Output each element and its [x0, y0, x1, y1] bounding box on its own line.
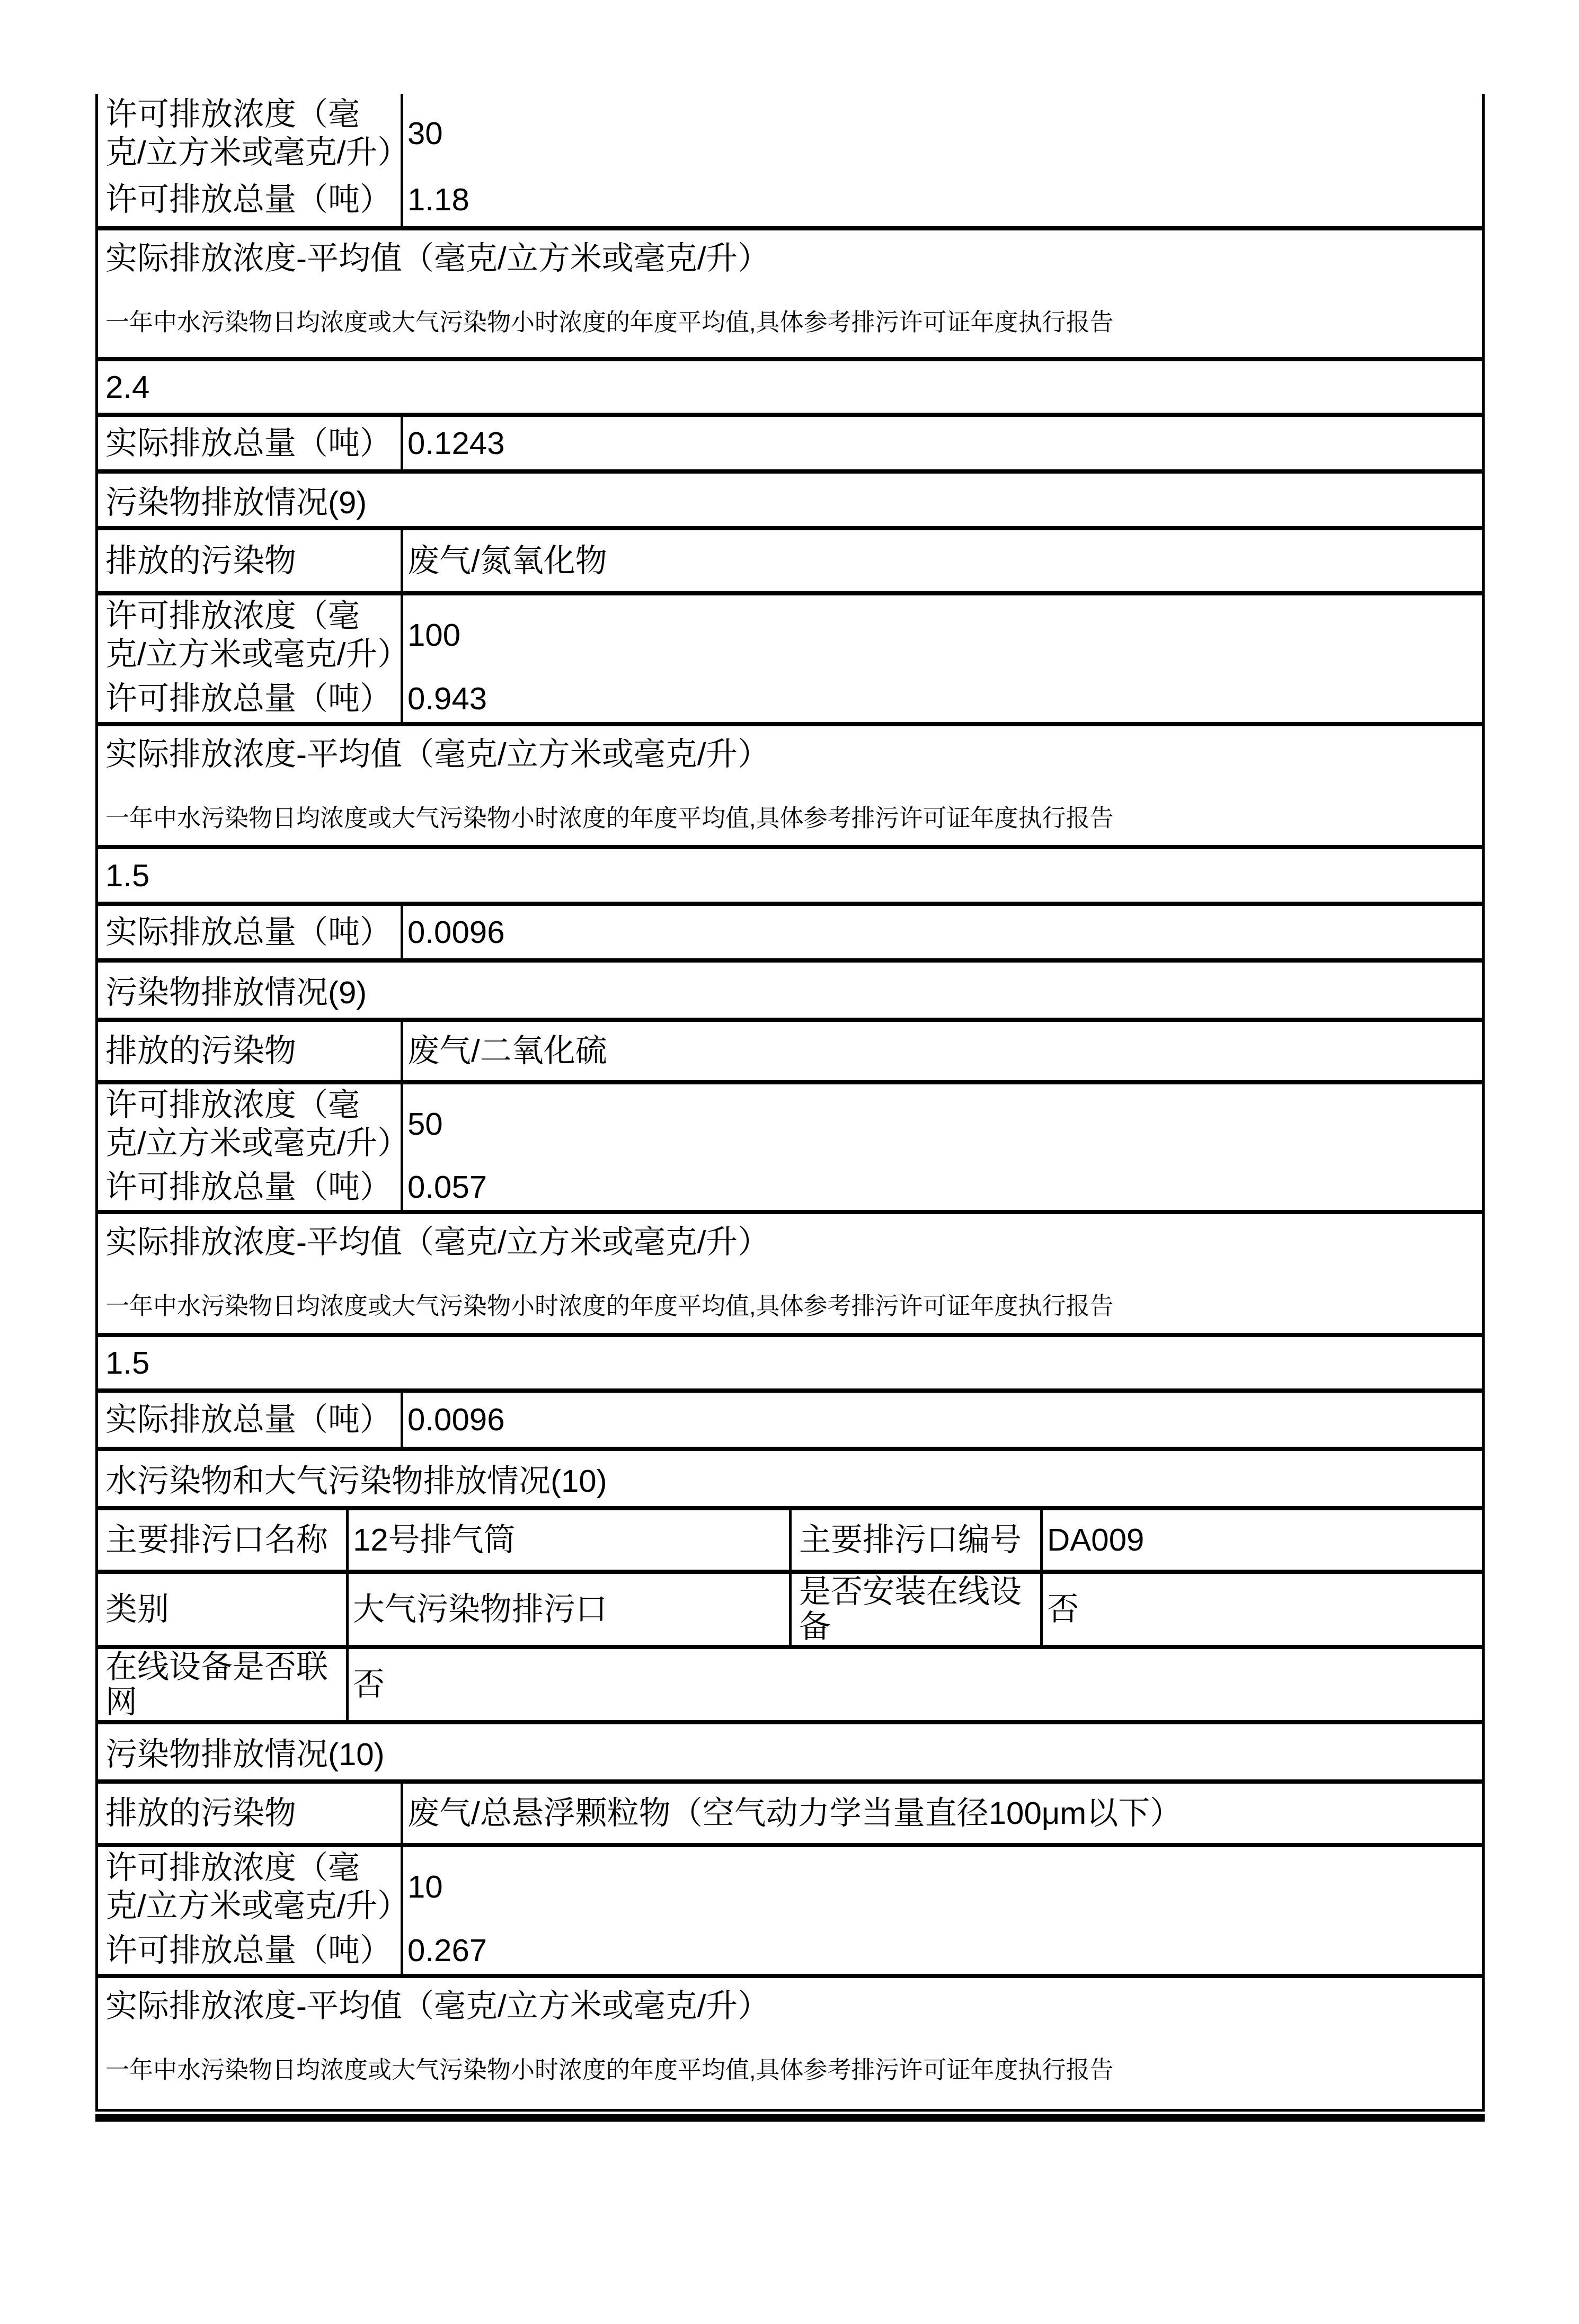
row-actual-total-1: 实际排放总量（吨） 0.1243 — [98, 413, 1482, 469]
actual-total-label: 实际排放总量（吨） — [98, 417, 403, 469]
document-page: { "table": { "border_color": "#000000", … — [0, 94, 1579, 2324]
actual-avg-note: 一年中水污染物日均浓度或大气污染物小时浓度的年度平均值,具体参考排污许可证年度执… — [105, 1290, 1475, 1322]
row-actual-avg-value-1: 2.4 — [98, 357, 1482, 413]
actual-avg-title: 实际排放浓度-平均值（毫克/立方米或毫克/升） — [105, 239, 1475, 278]
outlet-code-label: 主要排污口编号 — [792, 1510, 1043, 1570]
permit-total-value: 0.267 — [403, 1927, 1482, 1974]
row-online-networked: 在线设备是否联网 否 — [98, 1645, 1482, 1720]
label-text: 排放的污染物 — [105, 1032, 296, 1070]
permit-total-value: 0.057 — [403, 1164, 1482, 1210]
value-text: 废气/总悬浮颗粒物（空气动力学当量直径100μm以下） — [407, 1794, 1182, 1832]
row-section-pollutant-9a: 污染物排放情况(9) — [98, 469, 1482, 526]
permit-concentration-value: 100 — [403, 595, 1482, 675]
label-text: 许可排放浓度（毫克/立方米或毫克/升） — [105, 1849, 396, 1925]
permit-concentration-label: 许可排放浓度（毫克/立方米或毫克/升） — [98, 1084, 403, 1164]
value-text: 1.18 — [407, 181, 469, 219]
label-text: 许可排放浓度（毫克/立方米或毫克/升） — [105, 1086, 396, 1162]
value-text: 0.267 — [407, 1931, 487, 1970]
outlet-name-label: 主要排污口名称 — [98, 1510, 349, 1570]
value-text: 否 — [353, 1667, 385, 1702]
label-text: 排放的污染物 — [105, 542, 296, 580]
value-text: 1.5 — [105, 857, 149, 894]
actual-avg-title: 实际排放浓度-平均值（毫克/立方米或毫克/升） — [105, 735, 1475, 774]
value-text: 废气/氮氧化物 — [407, 542, 607, 580]
online-device-label: 是否安装在线设备 — [792, 1574, 1043, 1645]
value-text: 大气污染物排污口 — [353, 1592, 607, 1627]
permit-total-label: 许可排放总量（吨） — [98, 1927, 403, 1974]
emissions-table: 许可排放浓度（毫克/立方米或毫克/升） 30 许可排放总量（吨） 1.18 实际… — [95, 94, 1485, 2112]
row-actual-avg-value-3: 1.5 — [98, 1333, 1482, 1388]
section-title: 污染物排放情况(9) — [98, 963, 1482, 1018]
label-text: 实际排放总量（吨） — [105, 1401, 392, 1439]
label-text: 实际排放总量（吨） — [105, 913, 392, 951]
actual-avg-note: 一年中水污染物日均浓度或大气污染物小时浓度的年度平均值,具体参考排污许可证年度执… — [105, 2054, 1475, 2086]
row-actual-avg-header-2: 实际排放浓度-平均值（毫克/立方米或毫克/升） 一年中水污染物日均浓度或大气污染… — [98, 722, 1482, 845]
permit-concentration-value: 30 — [403, 94, 1482, 173]
row-actual-avg-value-2: 1.5 — [98, 845, 1482, 902]
permit-total-label: 许可排放总量（吨） — [98, 173, 403, 226]
label-text: 实际排放总量（吨） — [105, 424, 392, 462]
label-text: 许可排放浓度（毫克/立方米或毫克/升） — [105, 597, 396, 673]
row-section-water-air-10: 水污染物和大气污染物排放情况(10) — [98, 1447, 1482, 1506]
value-text: 10 — [407, 1868, 443, 1906]
actual-avg-note: 一年中水污染物日均浓度或大气污染物小时浓度的年度平均值,具体参考排污许可证年度执… — [105, 307, 1475, 339]
value-text: DA009 — [1047, 1522, 1144, 1557]
section-title: 污染物排放情况(10) — [98, 1724, 1482, 1779]
value-text: 废气/二氧化硫 — [407, 1032, 607, 1070]
label-text: 是否安装在线设备 — [799, 1574, 1036, 1644]
row-permit-limits-2: 许可排放浓度（毫克/立方米或毫克/升） 100 许可排放总量（吨） 0.943 — [98, 591, 1482, 722]
section-title-text: 水污染物和大气污染物排放情况(10) — [105, 1456, 607, 1501]
label-text: 许可排放总量（吨） — [105, 1168, 392, 1206]
value-text: 50 — [407, 1105, 443, 1143]
actual-total-label: 实际排放总量（吨） — [98, 1393, 403, 1447]
permit-total-value: 0.943 — [403, 675, 1482, 722]
section-title: 水污染物和大气污染物排放情况(10) — [98, 1451, 1482, 1506]
row-permit-limits-1: 许可排放浓度（毫克/立方米或毫克/升） 30 许可排放总量（吨） 1.18 — [98, 94, 1482, 226]
permit-concentration-label: 许可排放浓度（毫克/立方米或毫克/升） — [98, 595, 403, 675]
actual-avg-title: 实际排放浓度-平均值（毫克/立方米或毫克/升） — [105, 1223, 1475, 1262]
label-text: 许可排放总量（吨） — [105, 680, 392, 718]
online-device-value: 否 — [1043, 1574, 1482, 1645]
value-text: 1.5 — [105, 1344, 149, 1381]
value-text: 30 — [407, 114, 443, 153]
section-title-text: 污染物排放情况(9) — [105, 477, 367, 523]
pollutant-label: 排放的污染物 — [98, 1784, 403, 1843]
label-text: 许可排放浓度（毫克/立方米或毫克/升） — [105, 95, 396, 172]
row-actual-avg-header-4: 实际排放浓度-平均值（毫克/立方米或毫克/升） 一年中水污染物日均浓度或大气污染… — [98, 1974, 1482, 2109]
actual-avg-value: 1.5 — [98, 1337, 1482, 1388]
row-actual-total-2: 实际排放总量（吨） 0.0096 — [98, 902, 1482, 958]
row-actual-avg-header-3: 实际排放浓度-平均值（毫克/立方米或毫克/升） 一年中水污染物日均浓度或大气污染… — [98, 1210, 1482, 1333]
actual-avg-note: 一年中水污染物日均浓度或大气污染物小时浓度的年度平均值,具体参考排污许可证年度执… — [105, 803, 1475, 834]
pollutant-label: 排放的污染物 — [98, 530, 403, 591]
permit-total-label: 许可排放总量（吨） — [98, 675, 403, 722]
value-text: 0.943 — [407, 680, 487, 718]
pollutant-value: 废气/二氧化硫 — [403, 1022, 1482, 1080]
section-title: 污染物排放情况(9) — [98, 474, 1482, 526]
label-text: 主要排污口编号 — [799, 1522, 1022, 1557]
value-text: 否 — [1047, 1592, 1079, 1627]
section-title-text: 污染物排放情况(9) — [105, 967, 367, 1013]
actual-total-value: 0.1243 — [403, 417, 1482, 469]
label-text: 排放的污染物 — [105, 1794, 296, 1832]
actual-avg-title: 实际排放浓度-平均值（毫克/立方米或毫克/升） — [105, 1987, 1475, 2026]
row-actual-avg-header-1: 实际排放浓度-平均值（毫克/立方米或毫克/升） 一年中水污染物日均浓度或大气污染… — [98, 226, 1482, 357]
value-text: 0.0096 — [407, 913, 505, 951]
actual-total-label: 实际排放总量（吨） — [98, 906, 403, 958]
label-text: 许可排放总量（吨） — [105, 181, 392, 219]
label-text: 类别 — [105, 1592, 169, 1627]
online-networked-label: 在线设备是否联网 — [98, 1649, 349, 1720]
row-pollutant-so2: 排放的污染物 废气/二氧化硫 — [98, 1018, 1482, 1080]
permit-concentration-value: 10 — [403, 1847, 1482, 1927]
pollutant-value: 废气/氮氧化物 — [403, 530, 1482, 591]
pollutant-value: 废气/总悬浮颗粒物（空气动力学当量直径100μm以下） — [403, 1784, 1482, 1843]
permit-concentration-label: 许可排放浓度（毫克/立方米或毫克/升） — [98, 94, 403, 173]
actual-avg-value: 2.4 — [98, 361, 1482, 413]
outlet-code-value: DA009 — [1043, 1510, 1482, 1570]
value-text: 0.057 — [407, 1168, 487, 1206]
label-text: 在线设备是否联网 — [105, 1650, 342, 1720]
pollutant-label: 排放的污染物 — [98, 1022, 403, 1080]
row-pollutant-tsp: 排放的污染物 废气/总悬浮颗粒物（空气动力学当量直径100μm以下） — [98, 1779, 1482, 1843]
table-bottom-rule — [95, 2114, 1485, 2122]
row-pollutant-nox: 排放的污染物 废气/氮氧化物 — [98, 526, 1482, 591]
permit-total-label: 许可排放总量（吨） — [98, 1164, 403, 1210]
row-outlet-name-code: 主要排污口名称 12号排气筒 主要排污口编号 DA009 — [98, 1506, 1482, 1570]
value-text: 2.4 — [105, 369, 149, 405]
value-text: 12号排气筒 — [353, 1522, 516, 1557]
actual-avg-value: 1.5 — [98, 849, 1482, 902]
row-category-online-device: 类别 大气污染物排污口 是否安装在线设备 否 — [98, 1570, 1482, 1645]
row-section-pollutant-9b: 污染物排放情况(9) — [98, 958, 1482, 1018]
outlet-name-value: 12号排气筒 — [349, 1510, 792, 1570]
category-label: 类别 — [98, 1574, 349, 1645]
online-networked-value: 否 — [349, 1649, 1482, 1720]
permit-total-value: 1.18 — [403, 173, 1482, 226]
value-text: 100 — [407, 616, 460, 654]
actual-total-value: 0.0096 — [403, 1393, 1482, 1447]
actual-total-value: 0.0096 — [403, 906, 1482, 958]
permit-concentration-label: 许可排放浓度（毫克/立方米或毫克/升） — [98, 1847, 403, 1927]
permit-concentration-value: 50 — [403, 1084, 1482, 1164]
category-value: 大气污染物排污口 — [349, 1574, 792, 1645]
value-text: 0.1243 — [407, 424, 505, 462]
row-permit-limits-3: 许可排放浓度（毫克/立方米或毫克/升） 50 许可排放总量（吨） 0.057 — [98, 1080, 1482, 1210]
row-section-pollutant-10: 污染物排放情况(10) — [98, 1720, 1482, 1779]
value-text: 0.0096 — [407, 1401, 505, 1439]
label-text: 主要排污口名称 — [105, 1522, 328, 1557]
row-permit-limits-4: 许可排放浓度（毫克/立方米或毫克/升） 10 许可排放总量（吨） 0.267 — [98, 1843, 1482, 1974]
row-actual-total-3: 实际排放总量（吨） 0.0096 — [98, 1388, 1482, 1447]
section-title-text: 污染物排放情况(10) — [105, 1729, 385, 1775]
label-text: 许可排放总量（吨） — [105, 1931, 392, 1970]
